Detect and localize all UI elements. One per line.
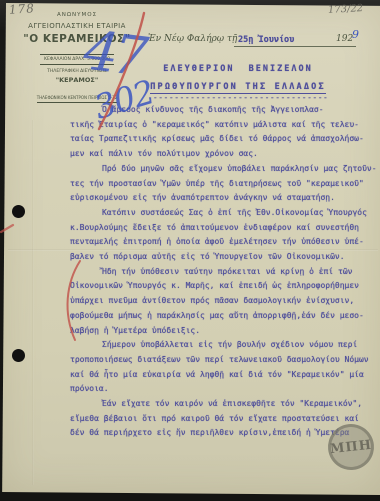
body-line: Κατόπιν συστάσεώς Σας ὁ ἐπί τῆς Ἐθν.Οἰκο… bbox=[70, 206, 376, 221]
body-line: ταίας Τραπεζιτικῆς κρίσεως μᾶς δίδει τό … bbox=[70, 132, 376, 147]
body-line: εἴμεθα βέβαιοι ὅτι πρό καιροῦ θά τόν εἴχ… bbox=[70, 412, 376, 427]
body-line: καί θά ἦτο μία εὐκαιρία νά ληφθῇ καί διά… bbox=[70, 368, 376, 383]
archive-stamp-text: ΜΠΗ bbox=[329, 437, 372, 456]
dateline-rule bbox=[234, 46, 356, 47]
dateline-year-handwritten: 9 bbox=[352, 28, 359, 41]
punch-hole-top bbox=[12, 205, 25, 218]
recipient-divider: ---------------------------------- bbox=[133, 93, 343, 102]
dateline: Ἐν Νέῳ Φαλήρῳ τῇ 25ῃ Ἰουνίου 192 9 bbox=[148, 32, 373, 50]
body-line: τροποποιήσεως διατάξεων τῶν περί τελωνει… bbox=[70, 353, 376, 368]
body-line: Πρό δύο μηνῶν σᾶς εἴχομεν ὑποβάλει παράκ… bbox=[70, 162, 376, 177]
body-line: λαβήσῃ ἡ Ὑμετέρα ὑπόδειξις. bbox=[70, 324, 376, 339]
dateline-place: Ἐν Νέῳ Φαλήρῳ τῇ bbox=[148, 34, 237, 44]
dateline-day-month: 25ῃ Ἰουνίου bbox=[238, 35, 294, 45]
dateline-year-printed: 192 bbox=[336, 34, 353, 44]
body-line: Οἰκονομικῶν Ὑπουργός κ. Μαρῆς, καί ἐπειδ… bbox=[70, 279, 376, 294]
body-line: φοβούμεθα μήπως ἡ παράκλησίς μας αὕτη ἀπ… bbox=[70, 309, 376, 324]
archive-number-top-right: 173/22 bbox=[328, 3, 364, 16]
body-line: ὑπάρχει πνεῦμα ἀντίθετον πρός πᾶσαν δασμ… bbox=[70, 294, 376, 309]
letter-body: Ὁ ἄμεσος κίνδυνος τῆς διακοπῆς τῆς Ἀγγει… bbox=[70, 103, 376, 441]
body-line: πρόνοια. bbox=[70, 382, 376, 397]
body-line: μεν καί πάλιν τόν πολύτιμον χρόνον σας. bbox=[70, 147, 376, 162]
recipient-heading: ΕΛΕΥΘΕΡΙΟΝ ΒΕΝΙΖΕΛΟΝ ΠΡΩΘΥΠΟΥΡΓΟΝ ΤΗΣ ΕΛ… bbox=[133, 64, 343, 102]
body-line: τες τήν προστασίαν Ὑμῶν ὑπέρ τῆς διατηρή… bbox=[70, 177, 376, 192]
punch-hole-bottom bbox=[12, 349, 25, 362]
body-line: κ.Βουρλούμης ἔδειξε τό ἀπαιτούμενον ἐνδι… bbox=[70, 221, 376, 236]
letterhead-anonymos: ΑΝΩΝΥΜΟΣ bbox=[18, 12, 136, 18]
body-line: Ἤδη τήν ὑπόθεσιν ταύτην πρόκειται νά κρί… bbox=[70, 265, 376, 280]
body-line: βαλεν τό πόρισμα αὐτῆς εἰς τό Ὑπουργεῖον… bbox=[70, 250, 376, 265]
body-line: Σήμερον ὑποβάλλεται εἰς τήν βουλήν σχέδι… bbox=[70, 338, 376, 353]
vertical-fold-crease bbox=[32, 120, 34, 485]
scanned-letter-photo: 178 173/22 ΑΝΩΝΥΜΟΣ ΑΓΓΕΙΟΠΛΑΣΤΙΚΗ ΕΤΑΙΡ… bbox=[0, 0, 380, 501]
body-line: Ἐάν εἴχατε τόν καιρόν νά ἐπισκεφθῆτε τόν… bbox=[70, 397, 376, 412]
recipient-name: ΕΛΕΥΘΕΡΙΟΝ ΒΕΝΙΖΕΛΟΝ bbox=[133, 64, 343, 74]
body-line: πενταμελής ἐπιτροπή ἡ ὁποία ἀφοῦ ἐμελέτη… bbox=[70, 235, 376, 250]
body-line: εὑρισκομένου εἰς τήν ἀναπότρεπτον ἀνάγκη… bbox=[70, 191, 376, 206]
